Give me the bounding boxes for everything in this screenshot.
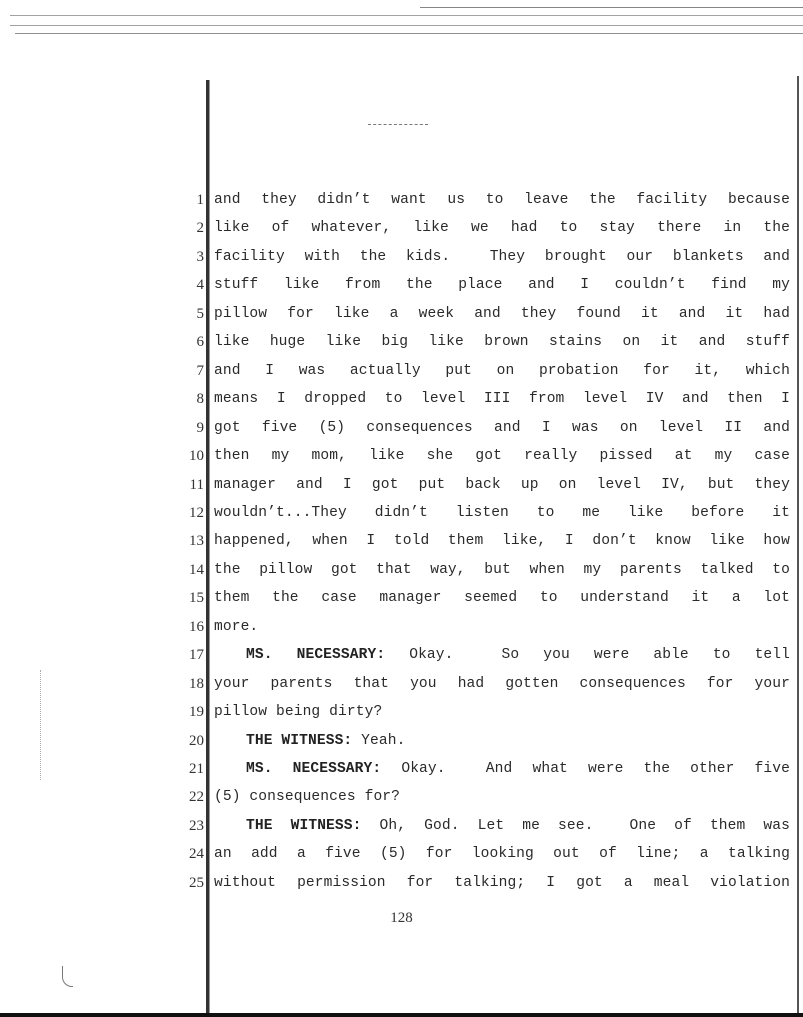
bottom-edge: [0, 1013, 803, 1017]
line-number: 1: [168, 190, 204, 210]
line-text: pillow for like a week and they found it…: [214, 304, 790, 324]
transcript-line: 17MS. NECESSARY: Okay. So you were able …: [0, 645, 803, 674]
transcript-line: 8means I dropped to level III from level…: [0, 389, 803, 418]
transcript-line: 25without permission for talking; I got …: [0, 873, 803, 902]
transcript-line: 15them the case manager seemed to unders…: [0, 588, 803, 617]
line-text: them the case manager seemed to understa…: [214, 588, 790, 608]
line-content: got five (5) consequences and I was on l…: [214, 420, 790, 436]
line-number: 11: [168, 475, 204, 495]
line-content: means I dropped to level III from level …: [214, 391, 790, 407]
line-text: and they didn’t want us to leave the fac…: [214, 190, 790, 210]
line-content: them the case manager seemed to understa…: [214, 590, 790, 606]
page-number: 128: [0, 910, 803, 927]
line-content: your parents that you had gotten consequ…: [214, 676, 790, 692]
line-text: got five (5) consequences and I was on l…: [214, 418, 790, 438]
line-content: an add a five (5) for looking out of lin…: [214, 846, 790, 862]
transcript-line: 21MS. NECESSARY: Okay. And what were the…: [0, 759, 803, 788]
transcript-line: 20THE WITNESS: Yeah.: [0, 731, 803, 760]
transcript-line: 7and I was actually put on probation for…: [0, 361, 803, 390]
transcript-line: 9got five (5) consequences and I was on …: [0, 418, 803, 447]
line-number: 6: [168, 332, 204, 352]
line-content: without permission for talking; I got a …: [214, 875, 790, 891]
line-number: 8: [168, 389, 204, 409]
line-text: like huge like big like brown stains on …: [214, 332, 790, 352]
line-text: pillow being dirty?: [214, 702, 790, 722]
transcript-line: 2like of whatever, like we had to stay t…: [0, 218, 803, 247]
transcript-line: 12wouldn’t...They didn’t listen to me li…: [0, 503, 803, 532]
line-number: 25: [168, 873, 204, 893]
line-text: (5) consequences for?: [214, 787, 790, 807]
transcript-line: 23THE WITNESS: Oh, God. Let me see. One …: [0, 816, 803, 845]
line-number: 17: [168, 645, 204, 665]
line-number: 19: [168, 702, 204, 722]
line-text: more.: [214, 617, 790, 637]
line-content: and they didn’t want us to leave the fac…: [214, 192, 790, 208]
line-content: and I was actually put on probation for …: [214, 363, 790, 379]
line-number: 12: [168, 503, 204, 523]
line-content: like of whatever, like we had to stay th…: [214, 220, 790, 236]
line-number: 22: [168, 787, 204, 807]
line-text: without permission for talking; I got a …: [214, 873, 790, 893]
line-number: 23: [168, 816, 204, 836]
line-content: more.: [214, 619, 258, 635]
transcript-line: 1and they didn’t want us to leave the fa…: [0, 190, 803, 219]
line-content: stuff like from the place and I couldn’t…: [214, 277, 790, 293]
line-text: the pillow got that way, but when my par…: [214, 560, 790, 580]
line-content: happened, when I told them like, I don’t…: [214, 533, 790, 549]
line-number: 7: [168, 361, 204, 381]
line-content: facility with the kids. They brought our…: [214, 249, 790, 265]
transcript-line: 10then my mom, like she got really pisse…: [0, 446, 803, 475]
line-text: an add a five (5) for looking out of lin…: [214, 844, 790, 864]
transcript-line: 6like huge like big like brown stains on…: [0, 332, 803, 361]
scan-artifact-corner: [62, 966, 73, 987]
transcript-line: 3facility with the kids. They brought ou…: [0, 247, 803, 276]
line-content: Yeah.: [352, 733, 405, 749]
transcript-line: 11manager and I got put back up on level…: [0, 475, 803, 504]
line-text: MS. NECESSARY: Okay. So you were able to…: [246, 645, 790, 665]
line-text: THE WITNESS: Yeah.: [246, 731, 790, 751]
line-text: your parents that you had gotten consequ…: [214, 674, 790, 694]
line-number: 15: [168, 588, 204, 608]
line-number: 2: [168, 218, 204, 238]
line-text: MS. NECESSARY: Okay. And what were the o…: [246, 759, 790, 779]
line-number: 13: [168, 531, 204, 551]
line-number: 4: [168, 275, 204, 295]
line-text: stuff like from the place and I couldn’t…: [214, 275, 790, 295]
line-number: 14: [168, 560, 204, 580]
line-text: like of whatever, like we had to stay th…: [214, 218, 790, 238]
line-number: 18: [168, 674, 204, 694]
line-text: happened, when I told them like, I don’t…: [214, 531, 790, 551]
line-content: wouldn’t...They didn’t listen to me like…: [214, 505, 790, 521]
line-content: Okay. So you were able to tell: [385, 647, 790, 663]
line-text: and I was actually put on probation for …: [214, 361, 790, 381]
line-content: pillow being dirty?: [214, 704, 382, 720]
line-text: manager and I got put back up on level I…: [214, 475, 790, 495]
transcript-line: 14the pillow got that way, but when my p…: [0, 560, 803, 589]
line-number: 20: [168, 731, 204, 751]
header-mark: [368, 124, 428, 126]
line-content: pillow for like a week and they found it…: [214, 306, 790, 322]
transcript-line: 16more.: [0, 617, 803, 646]
transcript-line: 19pillow being dirty?: [0, 702, 803, 731]
line-number: 9: [168, 418, 204, 438]
line-number: 3: [168, 247, 204, 267]
transcript-line: 24an add a five (5) for looking out of l…: [0, 844, 803, 873]
speaker-label: MS. NECESSARY:: [246, 761, 381, 777]
line-content: the pillow got that way, but when my par…: [214, 562, 790, 578]
scan-artifact-header-streaks: [0, 0, 803, 40]
line-text: wouldn’t...They didn’t listen to me like…: [214, 503, 790, 523]
line-number: 21: [168, 759, 204, 779]
line-number: 16: [168, 617, 204, 637]
transcript-line: 13happened, when I told them like, I don…: [0, 531, 803, 560]
line-content: like huge like big like brown stains on …: [214, 334, 790, 350]
line-content: manager and I got put back up on level I…: [214, 477, 790, 493]
line-text: then my mom, like she got really pissed …: [214, 446, 790, 466]
line-content: then my mom, like she got really pissed …: [214, 448, 790, 464]
line-content: Okay. And what were the other five: [381, 761, 790, 777]
line-content: Oh, God. Let me see. One of them was: [361, 818, 790, 834]
line-text: THE WITNESS: Oh, God. Let me see. One of…: [246, 816, 790, 836]
transcript-line: 18your parents that you had gotten conse…: [0, 674, 803, 703]
line-number: 10: [168, 446, 204, 466]
line-number: 24: [168, 844, 204, 864]
speaker-label: THE WITNESS:: [246, 733, 352, 749]
speaker-label: THE WITNESS:: [246, 818, 361, 834]
line-number: 5: [168, 304, 204, 324]
line-content: (5) consequences for?: [214, 789, 400, 805]
speaker-label: MS. NECESSARY:: [246, 647, 385, 663]
transcript-line: 4stuff like from the place and I couldn’…: [0, 275, 803, 304]
line-text: facility with the kids. They brought our…: [214, 247, 790, 267]
transcript-line: 22(5) consequences for?: [0, 787, 803, 816]
line-text: means I dropped to level III from level …: [214, 389, 790, 409]
transcript-line: 5pillow for like a week and they found i…: [0, 304, 803, 333]
